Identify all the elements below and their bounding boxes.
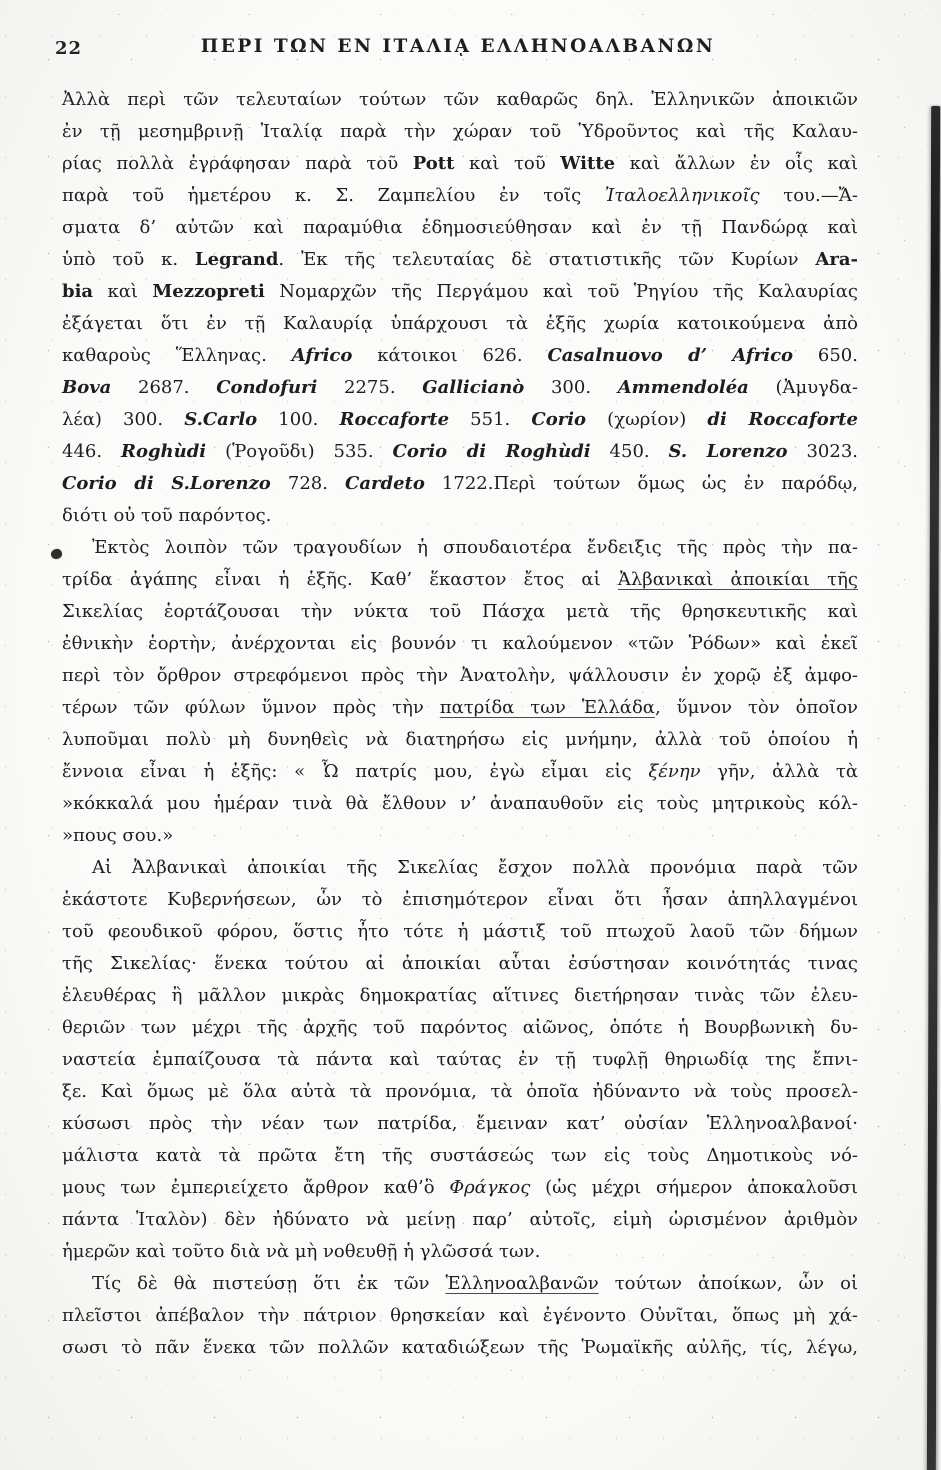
greek-text: 650.: [793, 345, 858, 366]
text-line: λέα) 300. S.Carlo 100. Roccaforte 551. C…: [62, 404, 858, 436]
greek-text: πλεῖστοι ἀπέβαλον τὴν πάτριον θρησκείαν …: [62, 1305, 858, 1326]
latin-place-name: S.Carlo: [184, 409, 257, 430]
greek-text: 100.: [257, 409, 339, 430]
text-line: ἐθνικὴν ἑορτὴν, ἀνέρχονται εἰς βουνόν τι…: [62, 628, 858, 660]
latin-name: Pott: [413, 153, 455, 174]
text-line: »κόκκαλά μου ἡμέραν τινὰ θὰ ἔλθουν ν’ ἀν…: [62, 788, 858, 820]
latin-place-name: Condofuri: [216, 377, 317, 398]
text-line: ἡμερῶν καὶ τοῦτο διὰ νὰ μὴ νοθευθῇ ἡ γλῶ…: [62, 1236, 858, 1268]
greek-text: ρίας πολλὰ ἐγράφησαν παρὰ τοῦ: [62, 153, 413, 174]
greek-text: μάλιστα κατὰ τὰ πρῶτα ἔτη τῆς συστάσεώς …: [62, 1145, 858, 1166]
running-title: ΠΕΡΙ ΤΩΝ ΕΝ ΙΤΑΛΙᾼ ΕΛΛΗΝΟΑΛΒΑΝΩΝ: [55, 36, 861, 57]
greek-text: 3023.: [788, 441, 858, 462]
greek-text: 450.: [591, 441, 669, 462]
text-line: κύσωσι πρὸς τὴν νέαν των πατρίδα, ἔμεινα…: [62, 1108, 858, 1140]
greek-text: ἐξάγεται ὅτι ἐν τῇ Καλαυρίᾳ ὑπάρχουσι τὰ…: [62, 313, 858, 334]
italic-text: ξένην: [648, 761, 700, 782]
text-line: πάντα Ἰταλὸν) δὲν ἠδύνατο νὰ μείνῃ παρ’ …: [62, 1204, 858, 1236]
text-line: Bova 2687. Condofuri 2275. Gallicianò 30…: [62, 372, 858, 404]
greek-text: σματα δ’ αὐτῶν καὶ παραμύθια ἐδημοσιεύθη…: [62, 217, 858, 238]
text-line: θεριῶν των μέχρι τῆς ἀρχῆς τοῦ παρόντος …: [62, 1012, 858, 1044]
scanned-book-page: 22 ΠΕΡΙ ΤΩΝ ΕΝ ΙΤΑΛΙᾼ ΕΛΛΗΝΟΑΛΒΑΝΩΝ Ἀλλὰ…: [0, 0, 941, 1470]
greek-text: (χωρίον): [586, 409, 707, 430]
latin-name: Legrand: [195, 249, 279, 270]
greek-text: διότι οὐ τοῦ παρόντος.: [62, 505, 271, 526]
greek-text: ἑκάστοτε Κυβερνήσεων, ὧν τὸ ἐπισημότερον…: [62, 889, 858, 910]
greek-text: ξε. Καὶ ὅμως μὲ ὅλα αὐτὰ τὰ προνόμια, τὰ…: [62, 1081, 858, 1102]
greek-text: 1722.Περὶ τούτων ὅμως ὡς ἐν παρόδῳ,: [425, 473, 858, 494]
latin-place-name: S. Lorenzo: [669, 441, 788, 462]
greek-text: τῆς Σικελίας· ἕνεκα τούτου αἱ ἀποικίαι α…: [62, 953, 858, 974]
greek-text: ἡμερῶν καὶ τοῦτο διὰ νὰ μὴ νοθευθῇ ἡ γλῶ…: [62, 1241, 540, 1262]
greek-text: λυποῦμαι πολὺ μὴ δυνηθεὶς νὰ διατηρήσω ε…: [62, 729, 858, 750]
greek-text: ἔννοια εἶναι ἡ ἑξῆς: « Ὦ πατρίς μου, ἐγὼ…: [62, 761, 648, 782]
latin-place-name: Africo: [292, 345, 353, 366]
text-line: ξε. Καὶ ὅμως μὲ ὅλα αὐτὰ τὰ προνόμια, τὰ…: [62, 1076, 858, 1108]
greek-text: του.—Ἄ-: [760, 185, 858, 206]
text-line: πλεῖστοι ἀπέβαλον τὴν πάτριον θρησκείαν …: [62, 1300, 858, 1332]
greek-text: τρίδα ἀγάπης εἶναι ἡ ἑξῆς. Καθ’ ἕκαστον …: [62, 569, 618, 590]
greek-text: κάτοικοι 626.: [352, 345, 547, 366]
latin-name: Mezzopreti: [152, 281, 265, 302]
text-line: 446. Roghùdi (Ῥογοῦδι) 535. Corio di Rog…: [62, 436, 858, 468]
latin-place-name: Corio di S.Lorenzo: [62, 473, 271, 494]
greek-text: 2275.: [317, 377, 422, 398]
text-line: bia καὶ Mezzopreti Νομαρχῶν τῆς Περγάμου…: [62, 276, 858, 308]
greek-text: γῆν, ἀλλὰ τὰ: [701, 761, 858, 782]
text-line: περὶ τὸν ὄρθρον στρεφόμενοι πρὸς τὴν Ἀνα…: [62, 660, 858, 692]
latin-place-name: Ammendoléa: [618, 377, 749, 398]
page-body: Ἀλλὰ περὶ τῶν τελευταίων τούτων τῶν καθα…: [62, 84, 858, 1364]
text-line: τρίδα ἀγάπης εἶναι ἡ ἑξῆς. Καθ’ ἕκαστον …: [62, 564, 858, 596]
latin-place-name: Corio: [531, 409, 586, 430]
latin-place-name: Roghùdi: [121, 441, 206, 462]
pencil-underlined-text: Ἀλβανικαὶ ἀποικίαι τῆς: [618, 569, 858, 590]
greek-text: ἐθνικὴν ἑορτὴν, ἀνέρχονται εἰς βουνόν τι…: [62, 633, 858, 654]
paragraph: Ἐκτὸς λοιπὸν τῶν τραγουδίων ἡ σπουδαιοτέ…: [62, 532, 858, 852]
greek-text: Ἀλλὰ περὶ τῶν τελευταίων τούτων τῶν καθα…: [62, 89, 858, 110]
greek-text: 2687.: [111, 377, 216, 398]
text-line: ἐξάγεται ὅτι ἐν τῇ Καλαυρίᾳ ὑπάρχουσι τὰ…: [62, 308, 858, 340]
text-line: καθαροὺς Ἕλληνας. Africo κάτοικοι 626. C…: [62, 340, 858, 372]
greek-text: Αἱ Ἀλβανικαὶ ἀποικίαι τῆς Σικελίας ἔσχον…: [92, 857, 858, 878]
text-line: ἐλευθέρας ἢ μᾶλλον μικρὰς δημοκρατίας αἵ…: [62, 980, 858, 1012]
greek-text: καὶ: [93, 281, 152, 302]
text-line: Αἱ Ἀλβανικαὶ ἀποικίαι τῆς Σικελίας ἔσχον…: [62, 852, 858, 884]
latin-place-name: Gallicianò: [422, 377, 524, 398]
greek-text: Τίς δὲ θὰ πιστεύσῃ ὅτι ἐκ τῶν: [92, 1273, 445, 1294]
greek-text: περὶ τὸν ὄρθρον στρεφόμενοι πρὸς τὴν Ἀνα…: [62, 665, 858, 686]
text-line: Τίς δὲ θὰ πιστεύσῃ ὅτι ἐκ τῶν Ἑλληνοαλβα…: [62, 1268, 858, 1300]
text-line: ἐν τῇ μεσημβρινῇ Ἰταλίᾳ παρὰ τὴν χώραν τ…: [62, 116, 858, 148]
greek-text: ἐλευθέρας ἢ μᾶλλον μικρὰς δημοκρατίας αἵ…: [62, 985, 858, 1006]
greek-text: παρὰ τοῦ ἡμετέρου κ. Σ. Ζαμπελίου ἐν τοῖ…: [62, 185, 605, 206]
text-line: τέρων τῶν φύλων ὕμνον πρὸς τὴν πατρίδα τ…: [62, 692, 858, 724]
greek-text: τοῦ φεουδικοῦ φόρου, ὅστις ἦτο τότε ἡ μά…: [62, 921, 858, 942]
greek-text: (ὡς μέχρι σήμερον ἀποκαλοῦσι: [530, 1177, 858, 1198]
greek-text: (Ῥογοῦδι) 535.: [206, 441, 392, 462]
latin-name: Ara-: [815, 249, 858, 270]
greek-text: , ὕμνον τὸν ὁποῖον: [655, 697, 858, 718]
greek-text: »πους σου.»: [62, 825, 173, 846]
text-line: ἔννοια εἶναι ἡ ἑξῆς: « Ὦ πατρίς μου, ἐγὼ…: [62, 756, 858, 788]
greek-text: Νομαρχῶν τῆς Περγάμου καὶ τοῦ Ῥηγίου τῆς…: [265, 281, 858, 302]
greek-text: κύσωσι πρὸς τὴν νέαν των πατρίδα, ἔμεινα…: [62, 1113, 858, 1134]
text-line: σωσι τὸ πᾶν ἕνεκα τῶν πολλῶν καταδιώξεων…: [62, 1332, 858, 1364]
latin-place-name: Roccaforte: [340, 409, 450, 430]
greek-text: μους των ἐμπεριείχετο ἄρθρον καθ’ὃ: [62, 1177, 449, 1198]
text-line: σματα δ’ αὐτῶν καὶ παραμύθια ἐδημοσιεύθη…: [62, 212, 858, 244]
text-line: ὑπὸ τοῦ κ. Legrand. Ἐκ τῆς τελευταίας δὲ…: [62, 244, 858, 276]
greek-text: θεριῶν των μέχρι τῆς ἀρχῆς τοῦ παρόντος …: [62, 1017, 858, 1038]
italic-text: Φράγκος: [449, 1177, 530, 1198]
latin-name: Witte: [560, 153, 615, 174]
text-line: μάλιστα κατὰ τὰ πρῶτα ἔτη τῆς συστάσεώς …: [62, 1140, 858, 1172]
text-line: τοῦ φεουδικοῦ φόρου, ὅστις ἦτο τότε ἡ μά…: [62, 916, 858, 948]
greek-text: καθαροὺς Ἕλληνας.: [62, 345, 292, 366]
greek-text: τούτων ἀποίκων, ὧν οἱ: [599, 1273, 858, 1294]
greek-text: ναστεία ἐμπαίζουσα τὰ πάντα καὶ ταύτας ἐ…: [62, 1049, 858, 1070]
latin-place-name: Corio di Roghùdi: [393, 441, 591, 462]
text-line: παρὰ τοῦ ἡμετέρου κ. Σ. Ζαμπελίου ἐν τοῖ…: [62, 180, 858, 212]
text-line: Ἐκτὸς λοιπὸν τῶν τραγουδίων ἡ σπουδαιοτέ…: [62, 532, 858, 564]
greek-text: πάντα Ἰταλὸν) δὲν ἠδύνατο νὰ μείνῃ παρ’ …: [62, 1209, 858, 1230]
greek-text: (Ἀμυγδα-: [749, 377, 858, 398]
greek-text: »κόκκαλά μου ἡμέραν τινὰ θὰ ἔλθουν ν’ ἀν…: [62, 793, 858, 814]
text-line: λυποῦμαι πολὺ μὴ δυνηθεὶς νὰ διατηρήσω ε…: [62, 724, 858, 756]
greek-text: Ἐκτὸς λοιπὸν τῶν τραγουδίων ἡ σπουδαιοτέ…: [92, 537, 858, 558]
page-header: 22 ΠΕΡΙ ΤΩΝ ΕΝ ΙΤΑΛΙᾼ ΕΛΛΗΝΟΑΛΒΑΝΩΝ: [55, 36, 861, 62]
paragraph: Αἱ Ἀλβανικαὶ ἀποικίαι τῆς Σικελίας ἔσχον…: [62, 852, 858, 1268]
paragraph: Τίς δὲ θὰ πιστεύσῃ ὅτι ἐκ τῶν Ἑλληνοαλβα…: [62, 1268, 858, 1364]
greek-text: ἐν τῇ μεσημβρινῇ Ἰταλίᾳ παρὰ τὴν χώραν τ…: [62, 121, 858, 142]
latin-name: bia: [62, 281, 93, 302]
ink-blot-mark: [51, 549, 62, 559]
text-line: Σικελίας ἑορτάζουσαι τὴν νύκτα τοῦ Πάσχα…: [62, 596, 858, 628]
italic-text: Ἰταλοελληνικοῖς: [605, 185, 760, 206]
latin-place-name: di Roccaforte: [707, 409, 858, 430]
scan-edge-shadow: [927, 106, 940, 1470]
latin-place-name: Casalnuovo d’ Africo: [547, 345, 793, 366]
greek-text: καὶ τοῦ: [454, 153, 560, 174]
latin-place-name: Cardeto: [345, 473, 425, 494]
text-line: τῆς Σικελίας· ἕνεκα τούτου αἱ ἀποικίαι α…: [62, 948, 858, 980]
text-line: ἑκάστοτε Κυβερνήσεων, ὧν τὸ ἐπισημότερον…: [62, 884, 858, 916]
greek-text: καὶ ἄλλων ἐν οἷς καὶ: [615, 153, 858, 174]
greek-text: σωσι τὸ πᾶν ἕνεκα τῶν πολλῶν καταδιώξεων…: [62, 1337, 858, 1358]
greek-text: λέα) 300.: [62, 409, 184, 430]
greek-text: Σικελίας ἑορτάζουσαι τὴν νύκτα τοῦ Πάσχα…: [62, 601, 858, 622]
greek-text: . Ἐκ τῆς τελευταίας δὲ στατιστικῆς τῶν Κ…: [278, 249, 815, 270]
text-line: »πους σου.»: [62, 820, 858, 852]
greek-text: 300.: [524, 377, 617, 398]
text-line: Corio di S.Lorenzo 728. Cardeto 1722.Περ…: [62, 468, 858, 500]
latin-place-name: Bova: [62, 377, 111, 398]
pencil-underlined-text: πατρίδα των Ἑλλάδα: [440, 697, 655, 718]
text-line: μους των ἐμπεριείχετο ἄρθρον καθ’ὃ Φράγκ…: [62, 1172, 858, 1204]
text-line: ρίας πολλὰ ἐγράφησαν παρὰ τοῦ Pott καὶ τ…: [62, 148, 858, 180]
pencil-underlined-text: Ἑλληνοαλβανῶν: [445, 1273, 598, 1294]
greek-text: τέρων τῶν φύλων ὕμνον πρὸς τὴν: [62, 697, 440, 718]
greek-text: 551.: [449, 409, 531, 430]
text-line: ναστεία ἐμπαίζουσα τὰ πάντα καὶ ταύτας ἐ…: [62, 1044, 858, 1076]
text-line: διότι οὐ τοῦ παρόντος.: [62, 500, 858, 532]
greek-text: ὑπὸ τοῦ κ.: [62, 249, 195, 270]
paragraph: Ἀλλὰ περὶ τῶν τελευταίων τούτων τῶν καθα…: [62, 84, 858, 532]
greek-text: 728.: [271, 473, 345, 494]
greek-text: 446.: [62, 441, 121, 462]
text-line: Ἀλλὰ περὶ τῶν τελευταίων τούτων τῶν καθα…: [62, 84, 858, 116]
